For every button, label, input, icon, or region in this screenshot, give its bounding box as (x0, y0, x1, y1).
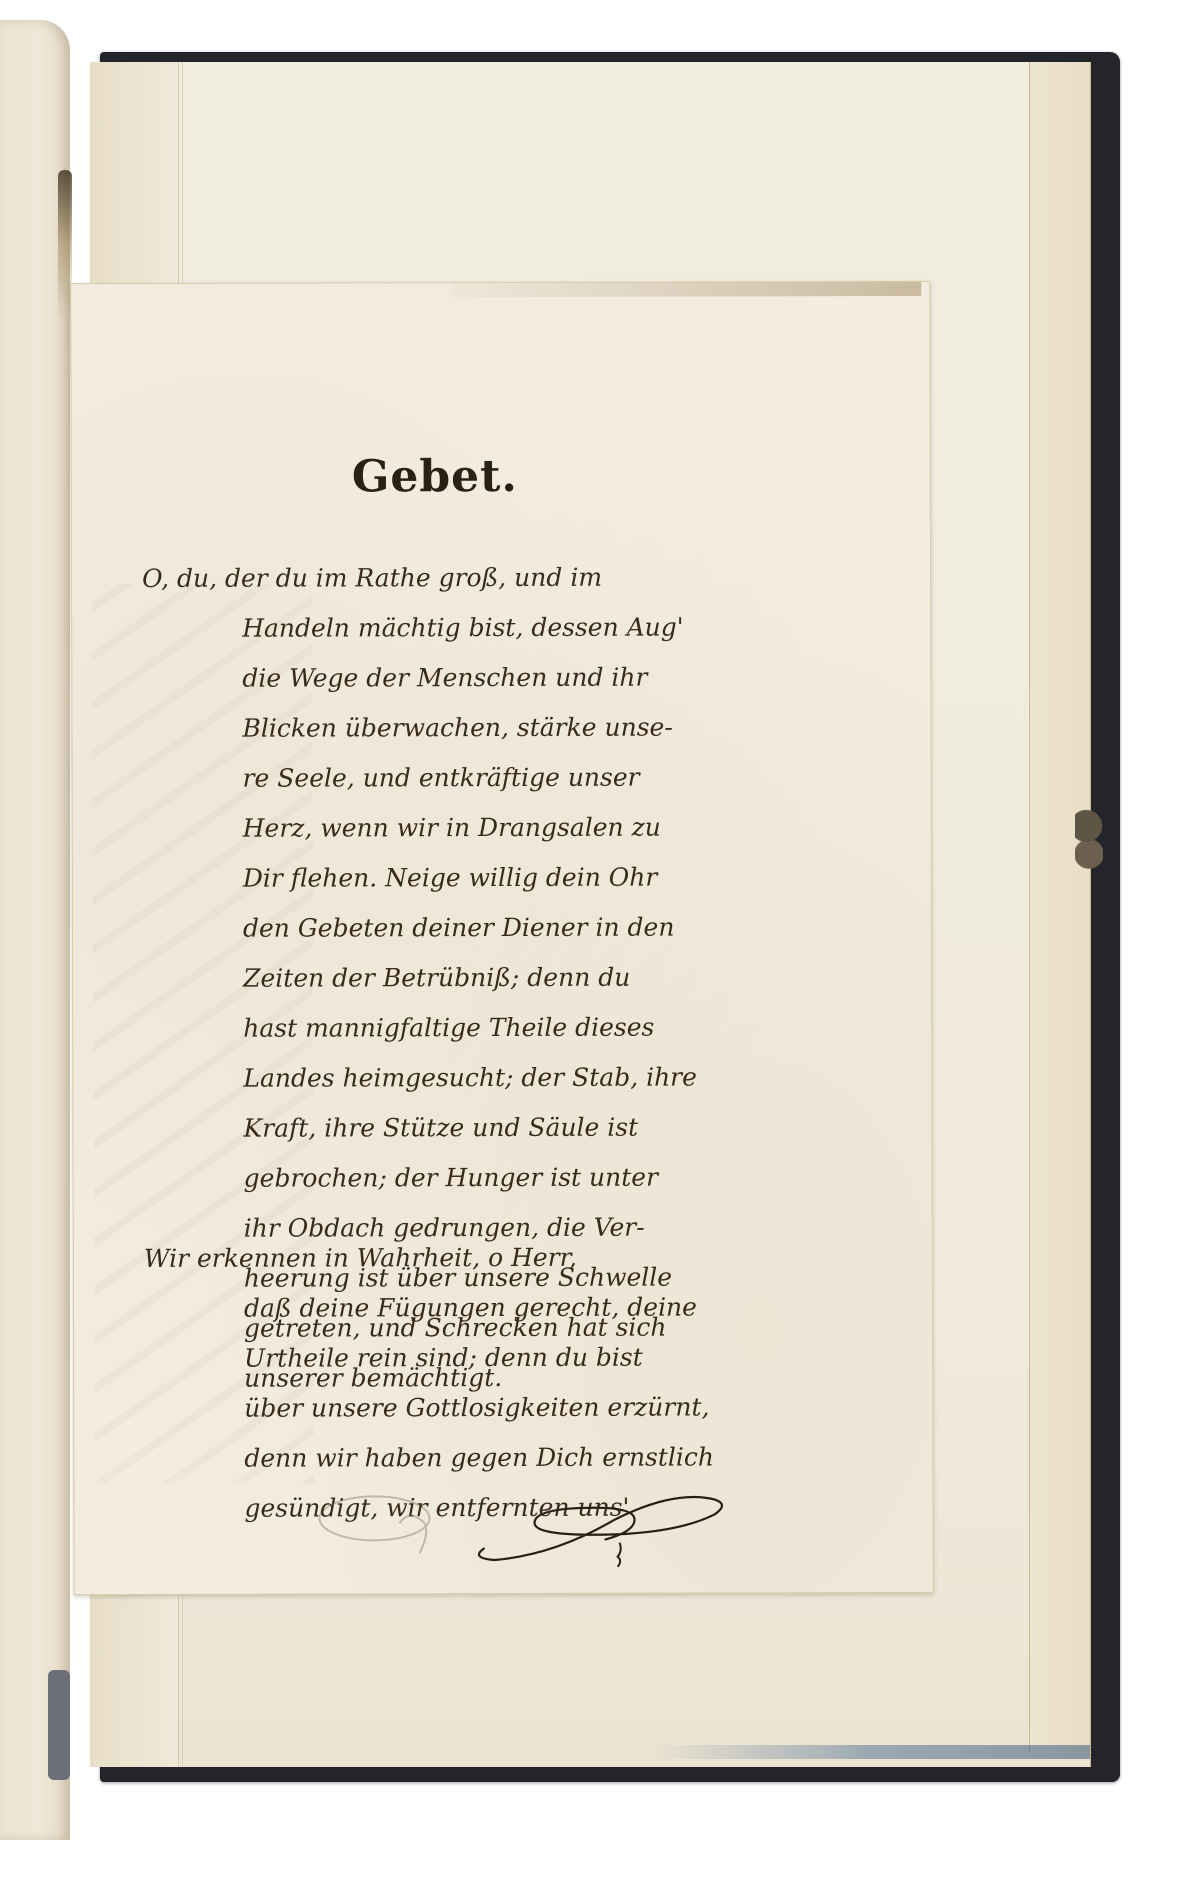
text-line: re Seele, und entkräftige unser (143, 752, 863, 804)
text-line: daß deine Fügungen gerecht, deine (144, 1282, 864, 1334)
page-damage-spot (1075, 805, 1103, 875)
manuscript-title: Gebet. (352, 451, 518, 502)
text-line: den Gebeten deiner Diener in den (143, 902, 863, 954)
text-line: Blicken überwachen, stärke unse- (142, 702, 862, 754)
text-line: über unsere Gottlosigkeiten erzürnt, (144, 1382, 864, 1434)
text-line: gebrochen; der Hunger ist unter (144, 1152, 864, 1204)
page-fold-strip (1029, 62, 1090, 1752)
leaf-top-stain (451, 282, 921, 297)
text-line: Dir flehen. Neige willig dein Ohr (143, 852, 863, 904)
text-line: O, du, der du im Rathe groß, und im (142, 552, 862, 604)
cover-clasp (48, 1670, 70, 1780)
text-line: Handeln mächtig bist, dessen Aug' (142, 602, 862, 654)
left-facing-page (0, 20, 70, 1840)
text-line: Herz, wenn wir in Drangsalen zu (143, 802, 863, 854)
text-line: Urtheile rein sind; denn du bist (144, 1332, 864, 1384)
text-line: Zeiten der Betrübniß; denn du (143, 952, 863, 1004)
edge-discoloration (650, 1745, 1090, 1759)
text-line: denn wir haben gegen Dich ernstlich (144, 1432, 864, 1484)
text-line: die Wege der Menschen und ihr (142, 652, 862, 704)
text-line: Wir erkennen in Wahrheit, o Herr, (144, 1232, 864, 1284)
manuscript-leaf: Gebet. O, du, der du im Rathe groß, und … (70, 281, 933, 1595)
text-line: Kraft, ihre Stütze und Säule ist (143, 1102, 863, 1154)
text-line: hast mannigfaltige Theile dieses (143, 1002, 863, 1054)
closing-flourish-icon (464, 1487, 744, 1568)
book-photo: Gebet. O, du, der du im Rathe groß, und … (0, 0, 1194, 1890)
text-line: Landes heimgesucht; der Stab, ihre (143, 1052, 863, 1104)
